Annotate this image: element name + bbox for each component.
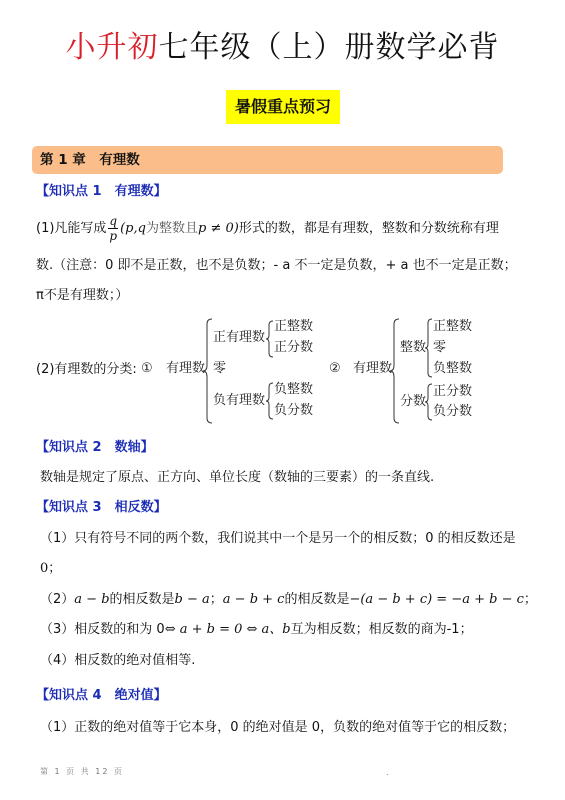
page-footer: 第 1 页 共 12 页: [40, 766, 124, 777]
kp1-line1-prefix: (1)凡能写成: [36, 221, 106, 236]
tree2-branch-fraction: 分数: [400, 394, 426, 410]
tree1-positive-fraction: 正分数: [274, 340, 313, 356]
title-black-part: 七年级（上）册数学必背: [159, 30, 500, 65]
kp3-item-1-line-a: （1）只有符号不同的两个数，我们说其中一个是另一个的相反数；0 的相反数还是: [40, 530, 516, 548]
kp3-item-1-line-b: 0；: [40, 560, 61, 578]
kp3-item-4: （4）相反数的绝对值相等.: [40, 652, 195, 670]
tree2-big-brace: [390, 318, 400, 424]
expr-b-minus-a: b − a: [175, 592, 210, 607]
kp3-item2-text4: ；: [524, 592, 537, 607]
tree1-branch-zero: 零: [213, 361, 226, 377]
kp2-line-1: 数轴是规定了原点、正方向、单位长度（数轴的三要素）的一条直线.: [40, 469, 434, 487]
kp3-item-3: （3）相反数的和为 0⇔ a + b = 0 ⇔ a、b互为相反数；相反数的商为…: [40, 621, 473, 639]
kp1-line-1: (1)凡能写成qp(p,q为整数且p ≠ 0)形式的数，都是有理数，整数和分数统…: [36, 214, 499, 243]
fraction-numerator: q: [108, 214, 118, 228]
knowledge-point-2-heading: 【知识点 2 数轴】: [36, 439, 154, 457]
footer-dot: .: [386, 768, 389, 777]
tree1-negative-fraction: 负分数: [274, 403, 313, 419]
expr-opposite-expanded: −(a − b + c) = −a + b − c: [349, 592, 523, 607]
kp1-cond-end: p ≠ 0): [198, 221, 239, 236]
knowledge-point-1-heading: 【知识点 1 有理数】: [36, 183, 167, 201]
tree2-negative-fraction: 负分数: [433, 404, 472, 420]
fraction-denominator: p: [108, 228, 118, 243]
knowledge-point-3-heading: 【知识点 3 相反数】: [36, 499, 167, 517]
tree2-negative-integer: 负整数: [433, 361, 472, 377]
tree2-zero: 零: [433, 340, 446, 356]
tree1-negative-brace: [266, 382, 274, 420]
tree1-root: 有理数: [166, 361, 205, 377]
knowledge-point-4-heading: 【知识点 4 绝对值】: [36, 687, 167, 705]
fraction-q-over-p: qp: [108, 214, 118, 243]
kp4-item-1: （1）正数的绝对值等于它本身，0 的绝对值是 0，负数的绝对值等于它的相反数；: [40, 719, 515, 737]
tree2-positive-fraction: 正分数: [433, 384, 472, 400]
tree1-negative-integer: 负整数: [274, 382, 313, 398]
tree2-positive-integer: 正整数: [433, 319, 472, 335]
tree1-marker: ①: [141, 361, 153, 377]
kp3-item2-prefix: （2）: [40, 592, 74, 607]
expr-a-minus-b: a − b: [74, 592, 109, 607]
tree1-big-brace: [203, 318, 213, 424]
tree1-positive-integer: 正整数: [274, 319, 313, 335]
kp3-item3-prefix: （3）相反数的和为 0: [40, 622, 165, 637]
tree1-branch-positive: 正有理数: [213, 330, 265, 346]
kp1-line-2: 数.（注意：0 即不是正数，也不是负数；- a 不一定是负数，+ a 也不一定是…: [36, 257, 517, 275]
tree2-integer-brace: [425, 318, 433, 378]
kp3-item-2: （2）a − b的相反数是b − a；a − b + c的相反数是−(a − b…: [40, 591, 537, 609]
kp1-cond-open: (p,q: [120, 221, 146, 236]
kp3-item3-suffix: 互为相反数；相反数的商为-1；: [291, 622, 473, 637]
expr-a-minus-b-plus-c: a − b + c: [223, 592, 285, 607]
kp3-item2-text2: ；: [210, 592, 223, 607]
classification-label: (2)有理数的分类:: [36, 361, 137, 379]
kp1-line1-suffix: 形式的数，都是有理数，整数和分数统称有理: [239, 221, 499, 236]
expr-sum-zero-equivalence: ⇔ a + b = 0 ⇔ a、b: [165, 622, 291, 637]
tree2-root: 有理数: [353, 361, 392, 377]
tree2-branch-integer: 整数: [400, 340, 426, 356]
tree2-marker: ②: [329, 361, 341, 377]
kp3-item2-text3: 的相反数是: [284, 592, 349, 607]
kp1-cond-mid: 为整数且: [146, 221, 198, 236]
kp1-line-3: π不是有理数；）: [36, 287, 128, 305]
title-red-part: 小升初: [66, 30, 159, 65]
kp3-item2-text1: 的相反数是: [110, 592, 175, 607]
document-title: 小升初七年级（上）册数学必背: [0, 28, 565, 68]
tree2-fraction-brace: [425, 383, 433, 421]
tree1-positive-brace: [266, 320, 274, 358]
subtitle-highlight: 暑假重点预习: [226, 90, 340, 124]
chapter-title: 第 1 章 有理数: [40, 151, 140, 169]
tree1-branch-negative: 负有理数: [213, 393, 265, 409]
